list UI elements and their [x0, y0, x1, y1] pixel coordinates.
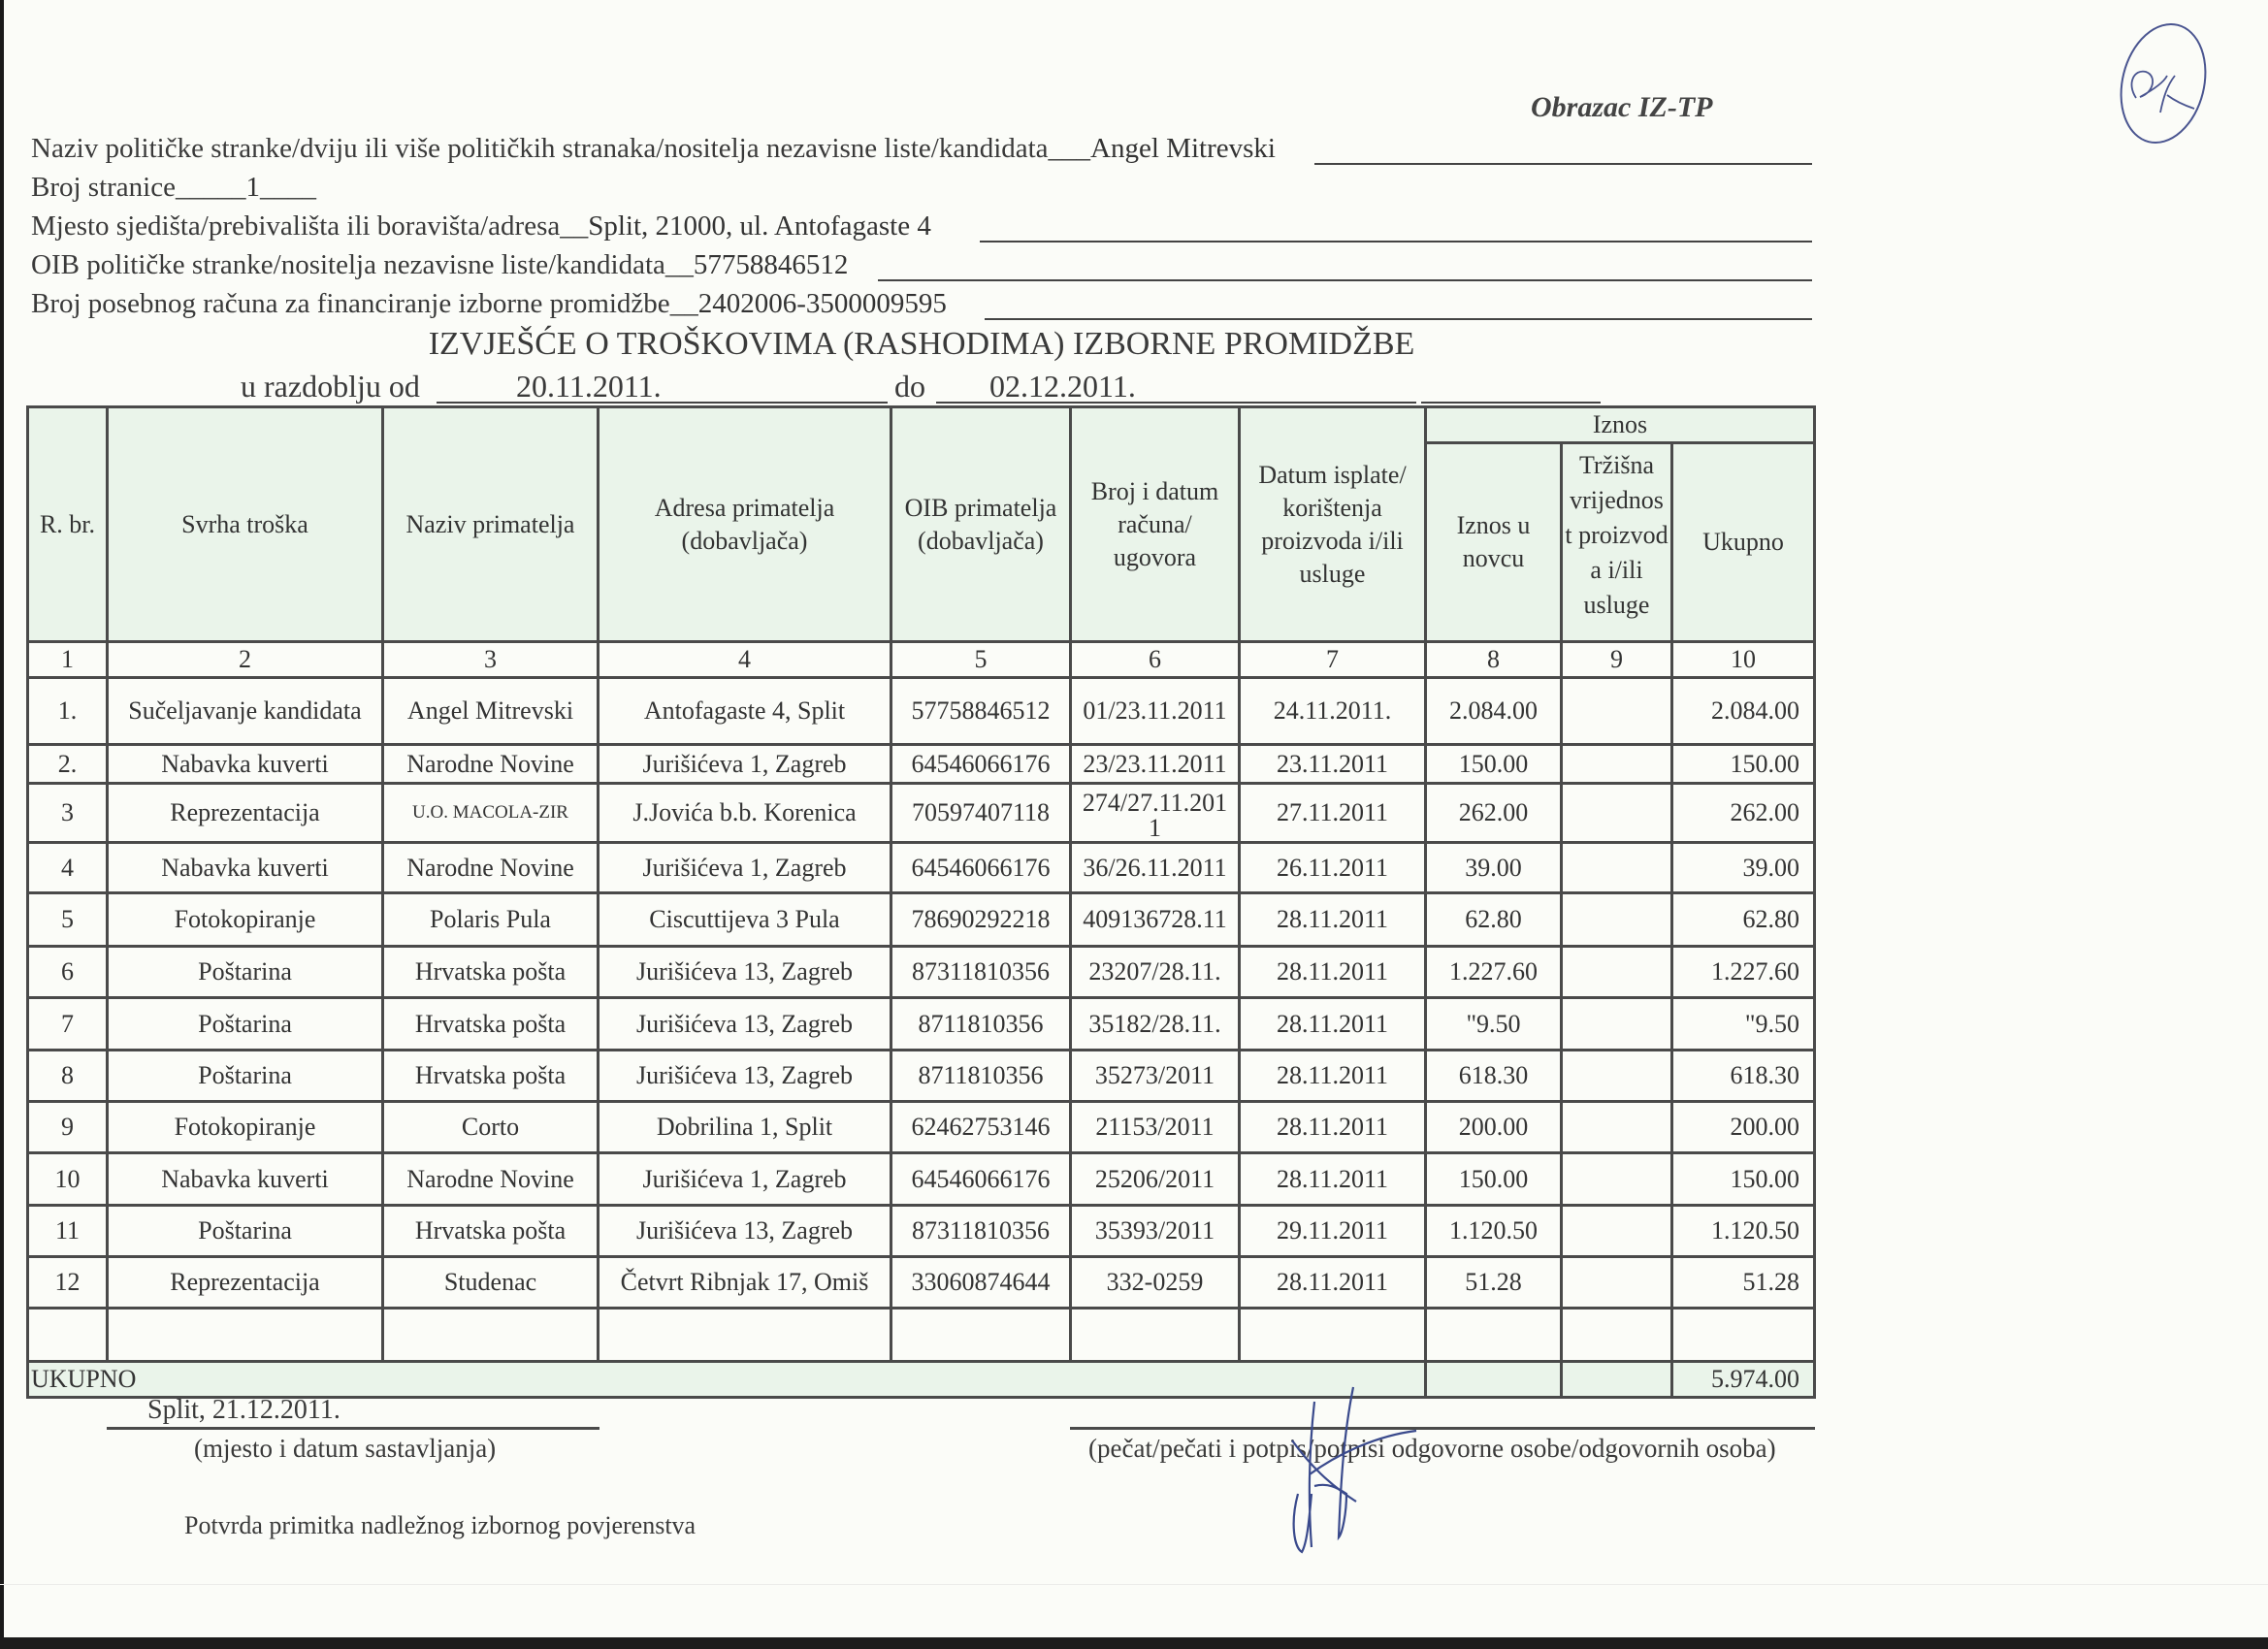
period-extra-underline: [1421, 402, 1601, 404]
cell-trzisna: [1562, 893, 1672, 947]
party-name-label: Naziv političke stranke/dviju ili više p…: [31, 133, 1049, 164]
table-row: 6PoštarinaHrvatska poštaJurišićeva 13, Z…: [28, 947, 1815, 998]
cell-ukupno: 2.084.00: [1672, 678, 1815, 745]
cell-oib: 87311810356: [891, 947, 1071, 998]
oib-label: OIB političke stranke/nositelja nezavisn…: [31, 249, 665, 280]
cell-rbr: 3: [28, 784, 108, 843]
col-header-svrha: Svrha troška: [108, 407, 383, 642]
cell-ukupno: 150.00: [1672, 745, 1815, 784]
cell-svrha: Poštarina: [108, 1206, 383, 1257]
party-name-underline: [1314, 163, 1812, 165]
cell-datum: 23.11.2011: [1240, 745, 1426, 784]
address-label: Mjesto sjedišta/prebivališta ili boraviš…: [31, 210, 560, 242]
table-row: 12ReprezentacijaStudenacČetvrt Ribnjak 1…: [28, 1257, 1815, 1309]
cell-broj: 274/27.11.201 1: [1071, 784, 1240, 843]
oib-field: OIB političke stranke/nositelja nezavisn…: [31, 249, 848, 280]
cell-svrha: Poštarina: [108, 998, 383, 1051]
cell-naziv: Polaris Pula: [383, 893, 599, 947]
col-header-iznos-group: Iznos: [1426, 407, 1815, 443]
cell-trzisna: [1562, 1153, 1672, 1206]
cell-iznos: 1.120.50: [1426, 1206, 1562, 1257]
cell-oib: 33060874644: [891, 1257, 1071, 1309]
cell-naziv: Hrvatska pošta: [383, 947, 599, 998]
cell-oib: 78690292218: [891, 893, 1071, 947]
cell-broj: 35273/2011: [1071, 1051, 1240, 1102]
receipt-confirmation-label: Potvrda primitka nadležnog izbornog povj…: [184, 1511, 696, 1540]
total-ukupno: 5.974.00: [1672, 1362, 1815, 1398]
cell-svrha: Nabavka kuverti: [108, 745, 383, 784]
address-underline: [980, 241, 1812, 242]
column-number-row: 12345678910: [28, 642, 1815, 678]
cell-adresa: Dobrilina 1, Split: [599, 1102, 891, 1153]
cell-broj: 409136728.11: [1071, 893, 1240, 947]
total-label: UKUPNO: [28, 1362, 1426, 1398]
col-header-datum-isplate: Datum isplate/ korištenja proizvoda i/il…: [1240, 407, 1426, 642]
cell-trzisna: [1562, 784, 1672, 843]
cell-svrha: Sučeljavanje kandidata: [108, 678, 383, 745]
cell-trzisna: [1562, 947, 1672, 998]
cell-oib: 8711810356: [891, 1051, 1071, 1102]
cell-naziv: Studenac: [383, 1257, 599, 1309]
col-header-ukupno: Ukupno: [1672, 443, 1815, 642]
col-header-oib: OIB primatelja (dobavljača): [891, 407, 1071, 642]
column-number-cell: 8: [1426, 642, 1562, 678]
cell-iznos: "9.50: [1426, 998, 1562, 1051]
account-value: 2402006-3500009595: [698, 288, 947, 319]
cell-datum: 28.11.2011: [1240, 893, 1426, 947]
cell-ukupno: 618.30: [1672, 1051, 1815, 1102]
period-to-value: 02.12.2011.: [989, 369, 1136, 404]
cell-naziv: Hrvatska pošta: [383, 998, 599, 1051]
table-row: 10Nabavka kuvertiNarodne NovineJurišićev…: [28, 1153, 1815, 1206]
column-number-cell: 6: [1071, 642, 1240, 678]
cell-iznos: 1.227.60: [1426, 947, 1562, 998]
cell-datum: 27.11.2011: [1240, 784, 1426, 843]
cell-adresa: Jurišićeva 1, Zagreb: [599, 843, 891, 893]
cell-datum: 24.11.2011.: [1240, 678, 1426, 745]
address-value: Split, 21000, ul. Antofagaste 4: [588, 210, 931, 242]
cell-trzisna: [1562, 745, 1672, 784]
cell-trzisna: [1562, 1102, 1672, 1153]
column-number-cell: 1: [28, 642, 108, 678]
cell-svrha: Fotokopiranje: [108, 893, 383, 947]
column-number-cell: 10: [1672, 642, 1815, 678]
table-row: 8PoštarinaHrvatska poštaJurišićeva 13, Z…: [28, 1051, 1815, 1102]
cell-broj: 23207/28.11.: [1071, 947, 1240, 998]
cell-svrha: Nabavka kuverti: [108, 1153, 383, 1206]
scan-edge-left: [0, 0, 4, 1649]
cell-rbr: 2.: [28, 745, 108, 784]
cell-svrha: Fotokopiranje: [108, 1102, 383, 1153]
cell-trzisna: [1562, 1206, 1672, 1257]
cell-iznos: 62.80: [1426, 893, 1562, 947]
cell-rbr: 11: [28, 1206, 108, 1257]
cell-ukupno: [1672, 1309, 1815, 1362]
cell-adresa: Jurišićeva 1, Zagreb: [599, 1153, 891, 1206]
cell-adresa: [599, 1309, 891, 1362]
cell-datum: 28.11.2011: [1240, 998, 1426, 1051]
cell-svrha: Reprezentacija: [108, 784, 383, 843]
cell-svrha: Nabavka kuverti: [108, 843, 383, 893]
account-field: Broj posebnog računa za financiranje izb…: [31, 288, 947, 319]
report-title: IZVJEŠĆE O TROŠKOVIMA (RASHODIMA) IZBORN…: [0, 326, 1843, 363]
col-header-iznos-novcu: Iznos u novcu: [1426, 443, 1562, 642]
cell-adresa: Jurišićeva 1, Zagreb: [599, 745, 891, 784]
table-row: 9FotokopiranjeCortoDobrilina 1, Split624…: [28, 1102, 1815, 1153]
cell-iznos: 2.084.00: [1426, 678, 1562, 745]
cell-rbr: 10: [28, 1153, 108, 1206]
page-number-value: 1: [245, 172, 260, 203]
cell-iznos: 39.00: [1426, 843, 1562, 893]
cell-rbr: 12: [28, 1257, 108, 1309]
column-number-cell: 9: [1562, 642, 1672, 678]
table-row: 7PoštarinaHrvatska poštaJurišićeva 13, Z…: [28, 998, 1815, 1051]
cell-oib: 62462753146: [891, 1102, 1071, 1153]
oib-value: 57758846512: [694, 249, 849, 280]
cell-trzisna: [1562, 1051, 1672, 1102]
cell-oib: 64546066176: [891, 843, 1071, 893]
cell-trzisna: [1562, 1309, 1672, 1362]
cell-adresa: Jurišićeva 13, Zagreb: [599, 998, 891, 1051]
cell-rbr: 9: [28, 1102, 108, 1153]
cell-iznos: 618.30: [1426, 1051, 1562, 1102]
cell-naziv: Narodne Novine: [383, 1153, 599, 1206]
place-date-label: (mjesto i datum sastavljanja): [194, 1434, 496, 1464]
cell-rbr: [28, 1309, 108, 1362]
expenses-table: R. br. Svrha troška Naziv primatelja Adr…: [26, 405, 1816, 1399]
cell-svrha: Poštarina: [108, 947, 383, 998]
period-to-label: do: [894, 369, 925, 404]
place-date-underline: [107, 1427, 599, 1430]
cell-trzisna: [1562, 1257, 1672, 1309]
cell-iznos: 150.00: [1426, 1153, 1562, 1206]
cell-oib: 70597407118: [891, 784, 1071, 843]
total-trzisna: [1562, 1362, 1672, 1398]
cell-broj: 36/26.11.2011: [1071, 843, 1240, 893]
cell-broj: 23/23.11.2011: [1071, 745, 1240, 784]
cell-oib: [891, 1309, 1071, 1362]
column-number-cell: 7: [1240, 642, 1426, 678]
page-number-field: Broj stranice_____1____: [31, 172, 316, 203]
account-underline: [985, 318, 1812, 320]
cell-naziv: U.O. MACOLA-ZIR: [383, 784, 599, 843]
cell-naziv: [383, 1309, 599, 1362]
cell-rbr: 4: [28, 843, 108, 893]
table-row: 3ReprezentacijaU.O. MACOLA-ZIRJ.Jovića b…: [28, 784, 1815, 843]
cell-adresa: Ciscuttijeva 3 Pula: [599, 893, 891, 947]
cell-adresa: Jurišićeva 13, Zagreb: [599, 1206, 891, 1257]
cell-naziv: Hrvatska pošta: [383, 1051, 599, 1102]
col-header-broj-racuna: Broj i datum računa/ ugovora: [1071, 407, 1240, 642]
page-number-label: Broj stranice: [31, 172, 176, 203]
cell-rbr: 8: [28, 1051, 108, 1102]
table-row: [28, 1309, 1815, 1362]
cell-trzisna: [1562, 678, 1672, 745]
cell-datum: 28.11.2011: [1240, 1257, 1426, 1309]
cell-adresa: Antofagaste 4, Split: [599, 678, 891, 745]
table-row: 5FotokopiranjePolaris PulaCiscuttijeva 3…: [28, 893, 1815, 947]
cell-trzisna: [1562, 998, 1672, 1051]
cell-rbr: 1.: [28, 678, 108, 745]
initials-stamp-icon: [2107, 16, 2214, 151]
cell-broj: 21153/2011: [1071, 1102, 1240, 1153]
cell-ukupno: 51.28: [1672, 1257, 1815, 1309]
column-number-cell: 5: [891, 642, 1071, 678]
table-row: 2.Nabavka kuvertiNarodne NovineJurišićev…: [28, 745, 1815, 784]
cell-broj: 35182/28.11.: [1071, 998, 1240, 1051]
cell-broj: 332-0259: [1071, 1257, 1240, 1309]
cell-iznos: 200.00: [1426, 1102, 1562, 1153]
cell-ukupno: 62.80: [1672, 893, 1815, 947]
cell-broj: 35393/2011: [1071, 1206, 1240, 1257]
cell-ukupno: 262.00: [1672, 784, 1815, 843]
cell-datum: 28.11.2011: [1240, 1051, 1426, 1102]
cell-ukupno: "9.50: [1672, 998, 1815, 1051]
cell-naziv: Hrvatska pošta: [383, 1206, 599, 1257]
cell-ukupno: 200.00: [1672, 1102, 1815, 1153]
cell-svrha: Reprezentacija: [108, 1257, 383, 1309]
cell-iznos: 51.28: [1426, 1257, 1562, 1309]
cell-rbr: 6: [28, 947, 108, 998]
table-row: 11PoštarinaHrvatska poštaJurišićeva 13, …: [28, 1206, 1815, 1257]
period-from-value: 20.11.2011.: [516, 369, 662, 404]
cell-ukupno: 39.00: [1672, 843, 1815, 893]
cell-oib: 57758846512: [891, 678, 1071, 745]
col-header-trzisna: Tržišna vrijednos t proizvod a i/ili usl…: [1562, 443, 1672, 642]
cell-oib: 87311810356: [891, 1206, 1071, 1257]
cell-iznos: 150.00: [1426, 745, 1562, 784]
oib-underline: [878, 279, 1812, 281]
cell-iznos: 262.00: [1426, 784, 1562, 843]
period-from-label: u razdoblju od: [241, 369, 420, 404]
cell-trzisna: [1562, 843, 1672, 893]
cell-naziv: Narodne Novine: [383, 745, 599, 784]
column-number-cell: 4: [599, 642, 891, 678]
cell-iznos: [1426, 1309, 1562, 1362]
table-row: 1.Sučeljavanje kandidataAngel MitrevskiA…: [28, 678, 1815, 745]
cell-oib: 64546066176: [891, 745, 1071, 784]
cell-adresa: Četvrt Ribnjak 17, Omiš: [599, 1257, 891, 1309]
scan-edge-bottom: [0, 1637, 2268, 1649]
place-date-value: Split, 21.12.2011.: [147, 1395, 340, 1426]
total-row: UKUPNO5.974.00: [28, 1362, 1815, 1398]
cell-datum: [1240, 1309, 1426, 1362]
cell-naziv: Narodne Novine: [383, 843, 599, 893]
cell-datum: 28.11.2011: [1240, 1153, 1426, 1206]
cell-broj: 25206/2011: [1071, 1153, 1240, 1206]
cell-ukupno: 150.00: [1672, 1153, 1815, 1206]
account-label: Broj posebnog računa za financiranje izb…: [31, 288, 670, 319]
col-header-adresa: Adresa primatelja (dobavljača): [599, 407, 891, 642]
cell-broj: [1071, 1309, 1240, 1362]
cell-adresa: Jurišićeva 13, Zagreb: [599, 947, 891, 998]
cell-ukupno: 1.120.50: [1672, 1206, 1815, 1257]
form-code: Obrazac IZ-TP: [1531, 91, 1712, 124]
cell-naziv: Corto: [383, 1102, 599, 1153]
cell-rbr: 7: [28, 998, 108, 1051]
cell-oib: 64546066176: [891, 1153, 1071, 1206]
cell-datum: 26.11.2011: [1240, 843, 1426, 893]
cell-ukupno: 1.227.60: [1672, 947, 1815, 998]
address-field: Mjesto sjedišta/prebivališta ili boraviš…: [31, 210, 931, 242]
cell-datum: 28.11.2011: [1240, 1102, 1426, 1153]
column-number-cell: 2: [108, 642, 383, 678]
cell-broj: 01/23.11.2011: [1071, 678, 1240, 745]
col-header-naziv: Naziv primatelja: [383, 407, 599, 642]
cell-datum: 29.11.2011: [1240, 1206, 1426, 1257]
scan-fold-line: [0, 1584, 2268, 1585]
party-name-value: Angel Mitrevski: [1090, 133, 1276, 164]
column-number-cell: 3: [383, 642, 599, 678]
cell-rbr: 5: [28, 893, 108, 947]
handwritten-signature-icon: [1271, 1377, 1484, 1571]
cell-svrha: Poštarina: [108, 1051, 383, 1102]
cell-adresa: Jurišićeva 13, Zagreb: [599, 1051, 891, 1102]
cell-svrha: [108, 1309, 383, 1362]
period-from-underline: [437, 402, 888, 404]
table-row: 4Nabavka kuvertiNarodne NovineJurišićeva…: [28, 843, 1815, 893]
party-name-field: Naziv političke stranke/dviju ili više p…: [31, 133, 1276, 164]
cell-adresa: J.Jovića b.b. Korenica: [599, 784, 891, 843]
col-header-rbr: R. br.: [28, 407, 108, 642]
cell-naziv: Angel Mitrevski: [383, 678, 599, 745]
cell-oib: 8711810356: [891, 998, 1071, 1051]
cell-datum: 28.11.2011: [1240, 947, 1426, 998]
